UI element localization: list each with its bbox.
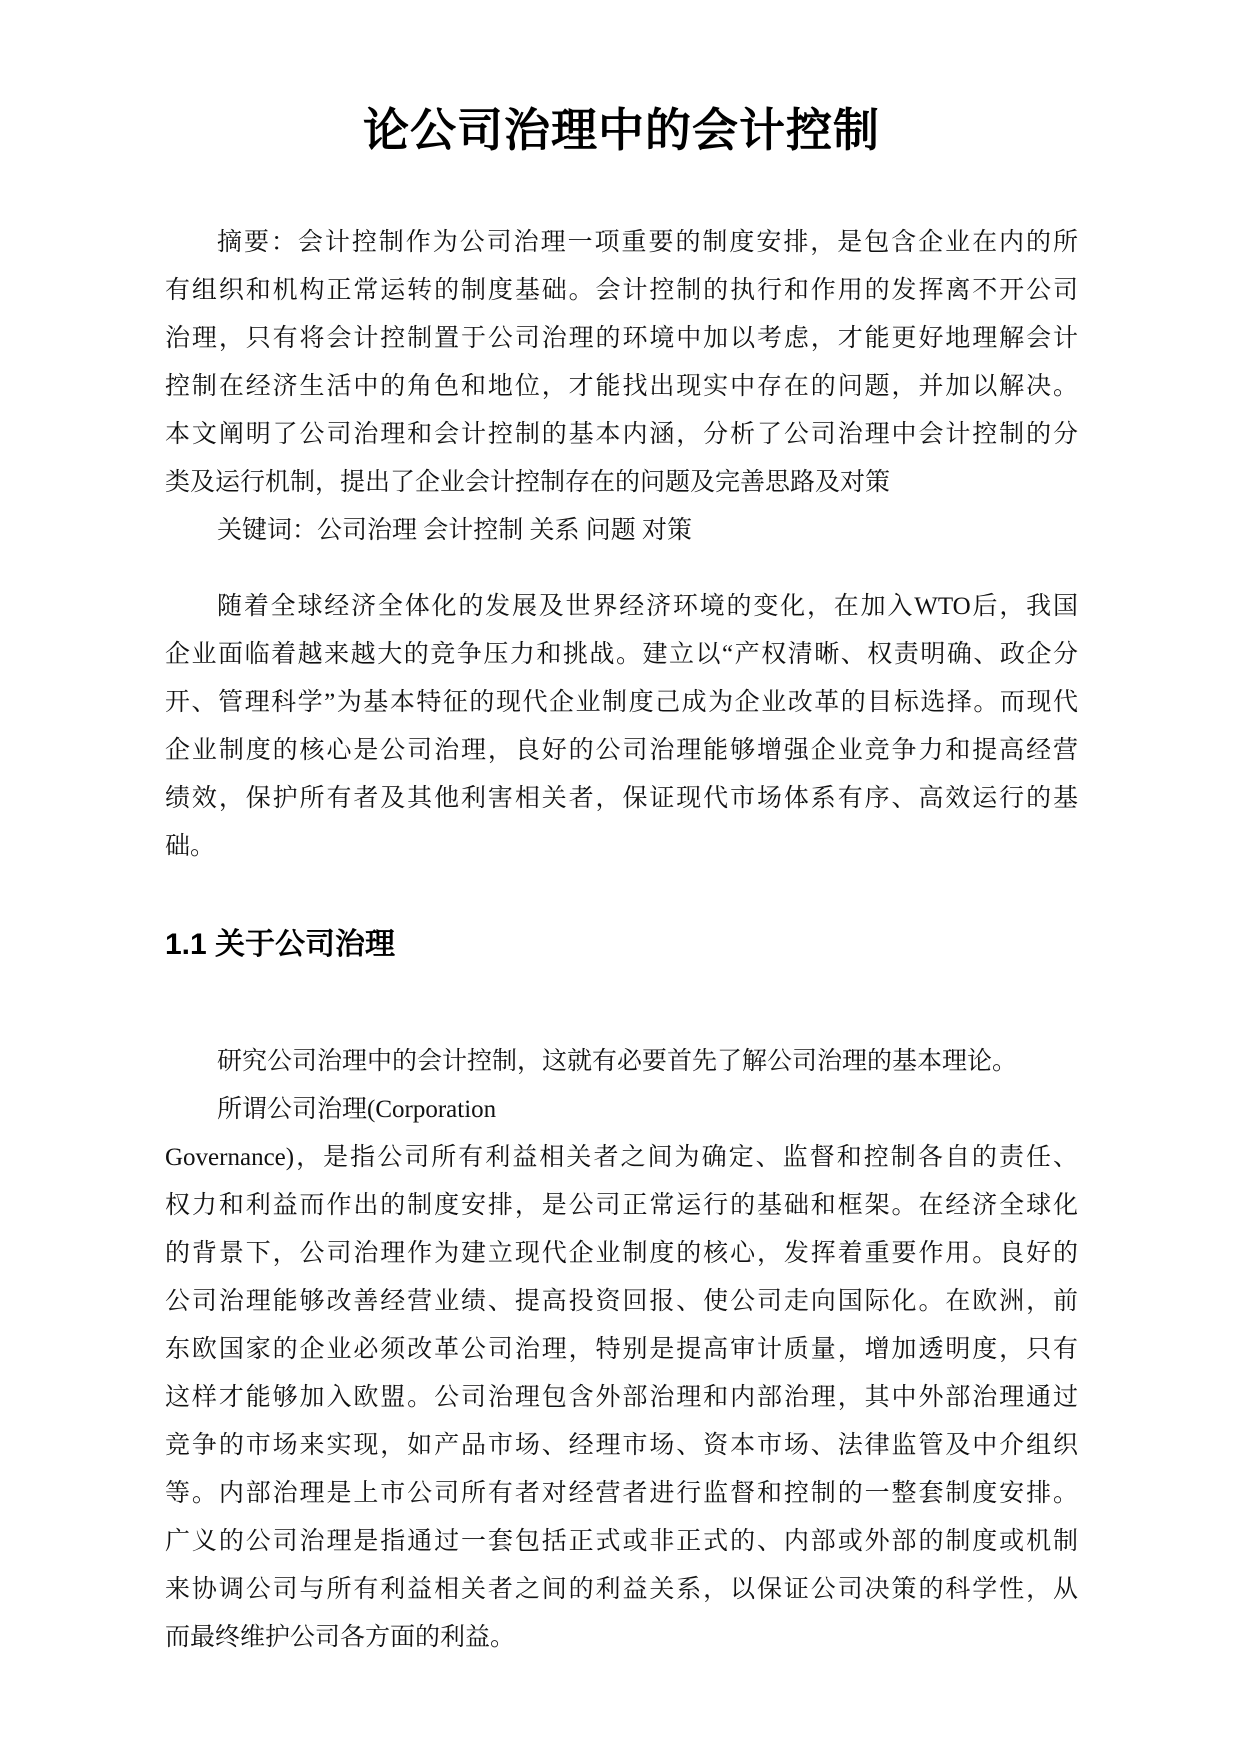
text-line: 关键词：公司治理 会计控制 关系 问题 对策 [165,507,1078,555]
text-line: 来协调公司与所有利益相关者之间的利益关系，以保证公司决策的科学性，从 [165,1566,1078,1614]
paragraph-governance-definition: 所谓公司治理(CorporationGovernance)，是指公司所有利益相关… [165,1086,1078,1662]
text-line: 东欧国家的企业必须改革公司治理，特别是提高审计质量，增加透明度，只有 [165,1326,1078,1374]
text-line: 这样才能够加入欧盟。公司治理包含外部治理和内部治理，其中外部治理通过 [165,1374,1078,1422]
text-line: 研究公司治理中的会计控制，这就有必要首先了解公司治理的基本理论。 [165,1038,1078,1086]
text-line: 础。 [165,823,1078,871]
text-line: 类及运行机制，提出了企业会计控制存在的问题及完善思路及对策 [165,459,1078,507]
text-line: 公司治理能够改善经营业绩、提高投资回报、使公司走向国际化。在欧洲，前 [165,1278,1078,1326]
text-line: 广义的公司治理是指通过一套包括正式或非正式的、内部或外部的制度或机制 [165,1518,1078,1566]
text-line: 权力和利益而作出的制度安排，是公司正常运行的基础和框架。在经济全球化 [165,1182,1078,1230]
text-line: 竞争的市场来实现，如产品市场、经理市场、资本市场、法律监管及中介组织 [165,1422,1078,1470]
document-title: 论公司治理中的会计控制 [165,100,1078,162]
text-line: 而最终维护公司各方面的利益。 [165,1614,1078,1662]
text-line: 有组织和机构正常运转的制度基础。会计控制的执行和作用的发挥离不开公司 [165,267,1078,315]
text-line: 治理，只有将会计控制置于公司治理的环境中加以考虑，才能更好地理解会计 [165,315,1078,363]
document-body: 摘要：会计控制作为公司治理一项重要的制度安排，是包含企业在内的所有组织和机构正常… [165,219,1078,1662]
text-line: 随着全球经济全体化的发展及世界经济环境的变化，在加入WTO后，我国 [165,583,1078,631]
text-line: 绩效，保护所有者及其他利害相关者，保证现代市场体系有序、高效运行的基 [165,775,1078,823]
section-heading: 1.1 关于公司治理 [165,926,1078,964]
paragraph-research-lead: 研究公司治理中的会计控制，这就有必要首先了解公司治理的基本理论。 [165,1038,1078,1086]
text-line: 企业制度的核心是公司治理，良好的公司治理能够增强企业竞争力和提高经营 [165,727,1078,775]
paragraph-abstract: 摘要：会计控制作为公司治理一项重要的制度安排，是包含企业在内的所有组织和机构正常… [165,219,1078,507]
text-line: 的背景下，公司治理作为建立现代企业制度的核心，发挥着重要作用。良好的 [165,1230,1078,1278]
paragraph-keywords: 关键词：公司治理 会计控制 关系 问题 对策 [165,507,1078,555]
text-line: 开、管理科学”为基本特征的现代企业制度己成为企业改革的目标选择。而现代 [165,679,1078,727]
text-line: 所谓公司治理(Corporation [165,1086,1078,1134]
document-page: 论公司治理中的会计控制 摘要：会计控制作为公司治理一项重要的制度安排，是包含企业… [0,0,1241,1754]
text-line: 控制在经济生活中的角色和地位，才能找出现实中存在的问题，并加以解决。 [165,363,1078,411]
text-line: 本文阐明了公司治理和会计控制的基本内涵，分析了公司治理中会计控制的分 [165,411,1078,459]
paragraph-introduction: 随着全球经济全体化的发展及世界经济环境的变化，在加入WTO后，我国企业面临着越来… [165,583,1078,871]
text-line: 等。内部治理是上市公司所有者对经营者进行监督和控制的一整套制度安排。 [165,1470,1078,1518]
text-line: 企业面临着越来越大的竞争压力和挑战。建立以“产权清晰、权责明确、政企分 [165,631,1078,679]
text-line: Governance)，是指公司所有利益相关者之间为确定、监督和控制各自的责任、 [165,1134,1078,1182]
text-line: 摘要：会计控制作为公司治理一项重要的制度安排，是包含企业在内的所 [165,219,1078,267]
